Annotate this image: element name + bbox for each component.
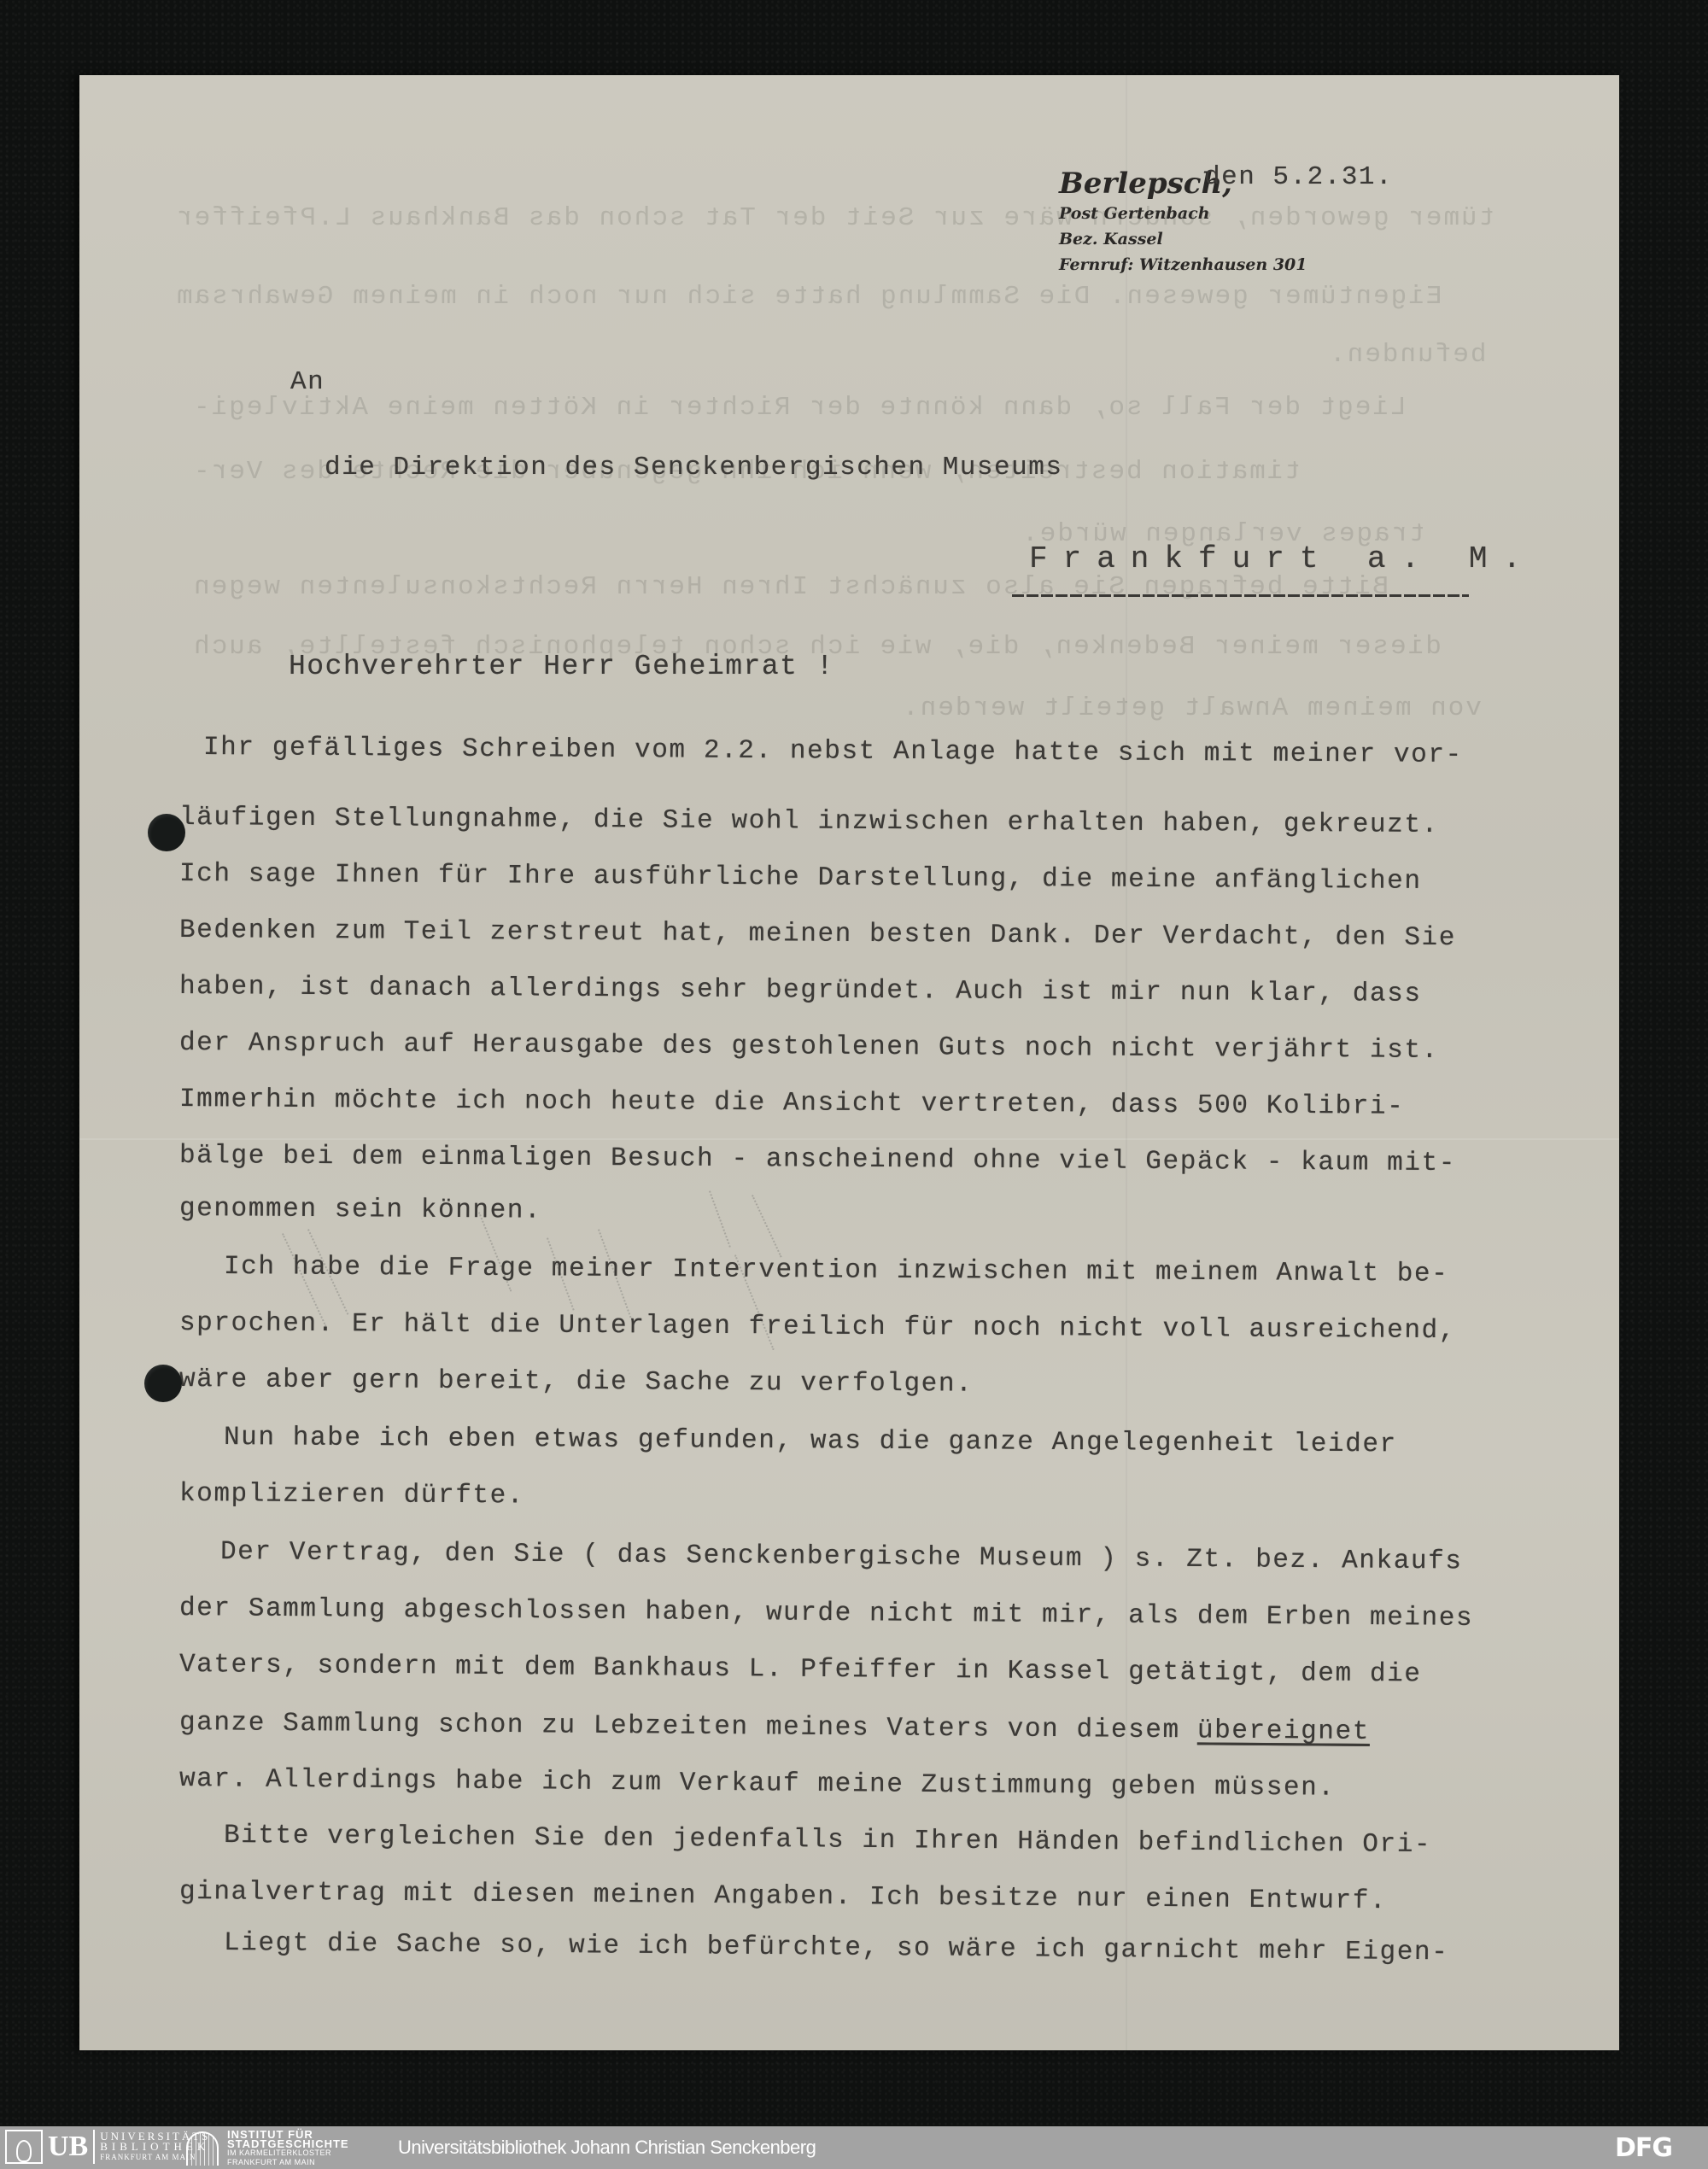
body-line-text: genommen sein können. [179, 1194, 541, 1226]
address-recipient: die Direktion des Senckenbergischen Muse… [325, 453, 1062, 482]
ub-mark: UB [48, 2130, 95, 2164]
salutation: Hochverehrter Herr Geheimrat ! [289, 651, 834, 682]
city-underline [1012, 594, 1469, 597]
dfg-logo: DFG [1615, 2133, 1672, 2163]
body-line: komplizieren dürfte. [179, 1479, 524, 1511]
address-to: An [290, 367, 325, 397]
punch-hole-top [148, 814, 185, 851]
ub-logo: UB UNIVERSITÄTS BIBLIOTHEK FRANKFURT AM … [5, 2130, 210, 2164]
letterhead-district: Bez. Kassel [1059, 226, 1307, 252]
gothic-arch-icon [186, 2131, 219, 2166]
paper-fold [79, 1138, 1619, 1140]
bleed-line: befunden. [1328, 340, 1486, 370]
underlined-word: übereignet [1197, 1716, 1370, 1747]
isg-line-3: IM KARMELITERKLOSTER [227, 2149, 349, 2158]
isg-logo: INSTITUT FÜR STADTGESCHICHTE IM KARMELIT… [186, 2130, 349, 2167]
letter-date: den 5.2.31. [1204, 162, 1393, 192]
bleed-line: Bitte befragen Sie also zunächst Ihren H… [192, 572, 1389, 602]
portrait-icon [5, 2130, 43, 2164]
letterhead-post: Post Gertenbach [1059, 201, 1307, 226]
bleed-line: Liegt der Fall so, dann könnte der Richt… [192, 393, 1407, 423]
bleed-line: von meinem Anwalt geteilt werden. [901, 693, 1482, 723]
letterhead-phone: Fernruf: Witzenhausen 301 [1059, 252, 1307, 278]
library-name: Universitätsbibliothek Johann Christian … [398, 2137, 816, 2159]
body-line: wäre aber gern bereit, die Sache zu verf… [179, 1365, 974, 1400]
body-line-text: wäre aber gern bereit, die Sache zu verf… [179, 1365, 974, 1400]
footer-bar: UB UNIVERSITÄTS BIBLIOTHEK FRANKFURT AM … [0, 2126, 1708, 2169]
address-city: Frankfurt a. M. [1029, 541, 1536, 576]
body-line-text: komplizieren dürfte. [179, 1479, 524, 1511]
isg-line-4: FRANKFURT AM MAIN [227, 2158, 349, 2167]
punch-hole-bottom [144, 1365, 182, 1402]
bleed-line: Eigentümer gewesen. Die Sammlung hatte s… [175, 282, 1442, 312]
isg-line-2: STADTGESCHICHTE [227, 2139, 349, 2149]
body-line: genommen sein können. [179, 1194, 541, 1226]
